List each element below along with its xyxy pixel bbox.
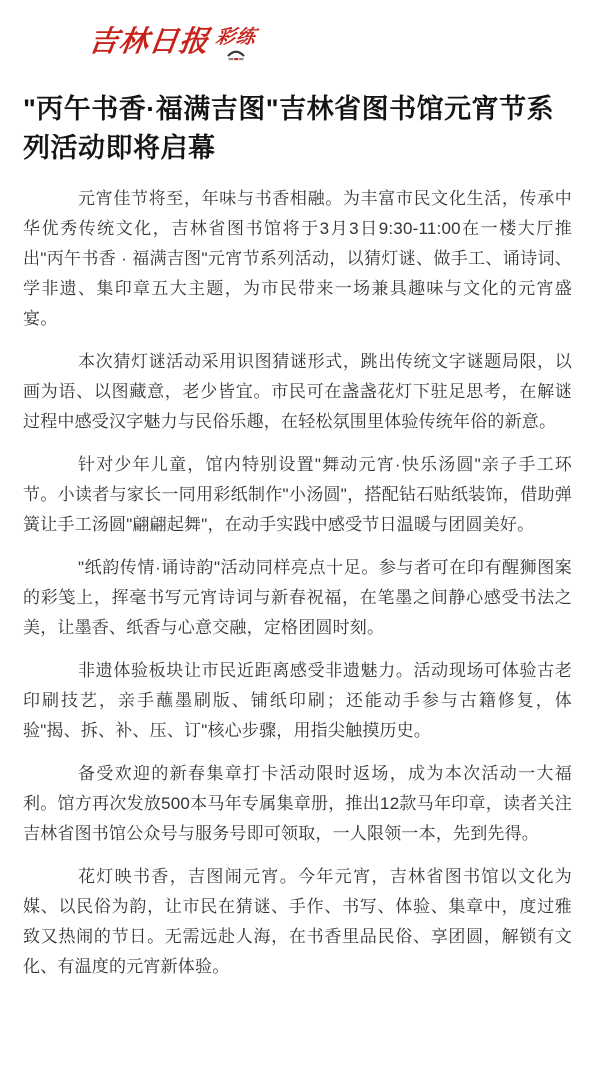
arch-emblem-icon [225,49,247,61]
article-paragraph-6: 备受欢迎的新春集章打卡活动限时返场，成为本次活动一大福利。馆方再次发放500本马… [23,759,572,849]
article-paragraph-5: 非遗体验板块让市民近距离感受非遗魅力。活动现场可体验古老印刷技艺，亲手蘸墨刷版、… [23,656,572,746]
article-paragraph-7: 花灯映书香，吉图闹元宵。今年元宵，吉林省图书馆以文化为媒、以民俗为韵，让市民在猜… [23,862,572,982]
article-page: 吉林日报 彩练 "丙午书香·福满吉图"吉林省图书馆元宵节系列活动即将启幕 元宵佳… [0,0,595,1089]
masthead-submark: 彩练 [216,28,256,61]
article-paragraph-1: 元宵佳节将至，年味与书香相融。为丰富市民文化生活，传承中华优秀传统文化，吉林省图… [23,184,572,334]
article-body: 元宵佳节将至，年味与书香相融。为丰富市民文化生活，传承中华优秀传统文化，吉林省图… [23,184,572,982]
jilin-daily-logo: 吉林日报 [87,26,212,58]
article-paragraph-4: "纸韵传情·诵诗韵"活动同样亮点十足。参与者可在印有醒狮图案的彩笺上，挥毫书写元… [23,553,572,643]
cailian-logo-text: 彩练 [214,28,258,48]
article-title: "丙午书香·福满吉图"吉林省图书馆元宵节系列活动即将启幕 [23,90,572,168]
article-paragraph-3: 针对少年儿童，馆内特别设置"舞动元宵·快乐汤圆"亲子手工环节。小读者与家长一同用… [23,450,572,540]
article-paragraph-2: 本次猜灯谜活动采用识图猜谜形式，跳出传统文字谜题局限，以画为语、以图藏意，老少皆… [23,347,572,437]
masthead: 吉林日报 彩练 [89,26,572,66]
